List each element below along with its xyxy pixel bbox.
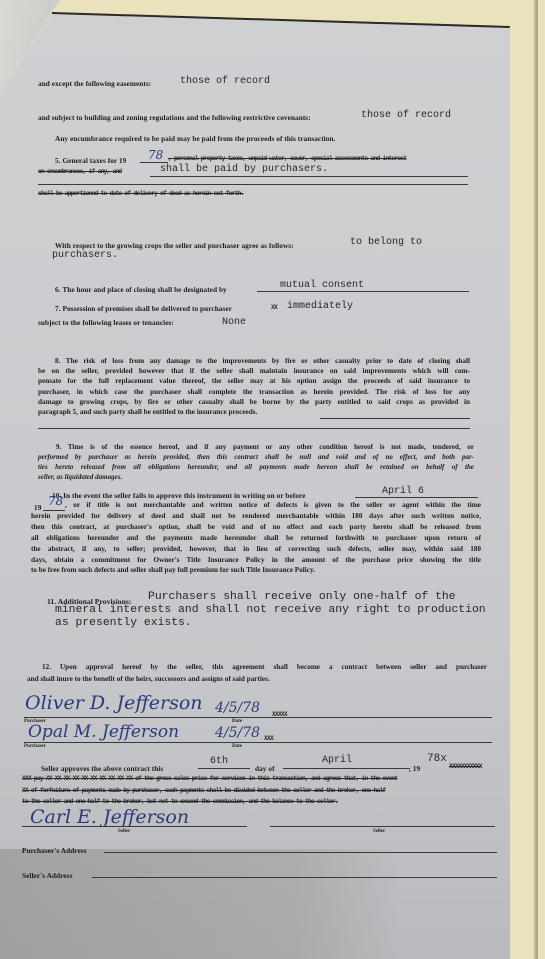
purchaser-2-role: Purchaser — [24, 744, 46, 749]
seller-1-signature: Carl E. Jefferson — [30, 806, 189, 828]
approval-deadline-label: 10. In the event the seller fails to app… — [52, 491, 305, 500]
purchaser-address-label: Purchaser's Address — [22, 846, 87, 855]
approval-deadline-date: April 6 — [382, 486, 424, 497]
taxes-struck-line1: , personal property taxes, unpaid water,… — [168, 155, 406, 162]
taxes-struck-line3: shall be apportioned to date of delivery… — [38, 190, 244, 197]
covenants-label: and subject to building and zoning regul… — [38, 113, 311, 122]
possession-label: 7. Possession of premises shall be deliv… — [55, 304, 232, 313]
time-essence-paragraph: 9. Time is of the essence hereof, and if… — [38, 442, 474, 482]
taxes-value: shall be paid by purchasers. — [160, 164, 328, 175]
seller-approval-year-prefix: , 19 — [409, 764, 420, 773]
seller-1-rule — [22, 826, 247, 827]
crops-value-line2: purchasers. — [52, 250, 118, 261]
taxes-rule-1 — [150, 176, 468, 177]
purchaser-1-date-label: Date — [232, 719, 242, 724]
purchaser-address-field — [104, 852, 497, 853]
seller-2-rule — [270, 826, 495, 827]
seller-approval-month: April — [322, 755, 352, 766]
additional-provisions-line3: as presently exists. — [55, 617, 192, 629]
purchaser-2-date: 4/5/78 — [215, 725, 260, 741]
purchaser-2-struck: XXX — [264, 735, 273, 742]
risk-of-loss-paragraph: 8. The risk of loss from any damage to t… — [38, 356, 470, 417]
approval-deadline-paragraph: , or if title is not merchantable and wr… — [31, 500, 481, 576]
desk-edge — [534, 0, 538, 959]
taxes-rule-2 — [38, 184, 468, 185]
binding-paragraph: 12. Upon approval hereof by the seller, … — [27, 662, 487, 685]
risk-rule-1 — [320, 418, 470, 419]
seller-approval-day-of: day of — [255, 764, 275, 773]
seller-1-label: Seller — [118, 829, 130, 834]
seller-approval-month-rule — [283, 768, 410, 769]
leases-label: subject to the following leases or tenan… — [38, 318, 174, 327]
purchaser-1-rule — [24, 717, 492, 718]
seller-approval-day: 6th — [210, 756, 228, 767]
purchaser-1-signature: Oliver D. Jefferson — [25, 692, 203, 714]
easements-label: and except the following easements: — [38, 79, 151, 88]
seller-struck-line1: XXX pay XX XX XX XX XX XX XX XX XX XX of… — [22, 775, 397, 782]
contract-page: and except the following easements: thos… — [0, 0, 535, 959]
taxes-year: 78 — [148, 148, 163, 162]
closing-rule — [257, 291, 469, 292]
taxes-year-rule — [140, 162, 168, 163]
possession-struck: XX — [271, 304, 277, 311]
purchaser-2-signature: Opal M. Jefferson — [28, 722, 179, 742]
additional-provisions-line2: mineral interests and shall not receive … — [55, 604, 486, 616]
leases-value: None — [222, 317, 246, 328]
risk-rule-2 — [38, 428, 470, 429]
seller-approval-label: Seller approves the above contract this — [41, 764, 163, 773]
crops-value-line1: to belong to — [350, 237, 422, 248]
possession-value: immediately — [287, 301, 353, 312]
taxes-label: 5. General taxes for 19 — [55, 156, 126, 165]
easements-value: those of record — [180, 76, 270, 87]
purchaser-2-date-label: Date — [232, 744, 242, 749]
seller-address-label: Seller's Address — [22, 871, 72, 880]
seller-approval-year: 78x — [427, 753, 447, 765]
crops-label: With respect to the growing crops the se… — [55, 241, 294, 250]
closing-value: mutual consent — [280, 280, 364, 291]
closing-label: 6. The hour and place of closing shall b… — [55, 285, 227, 294]
approval-date-rule — [355, 497, 478, 498]
additional-provisions-line1: Purchasers shall receive only one-half o… — [148, 591, 456, 603]
seller-struck-line0: XXXXXXXXXXX — [449, 763, 482, 770]
purchaser-1-date: 4/5/78 — [215, 700, 260, 716]
purchaser-2-rule — [24, 742, 492, 743]
encumbrance-text: Any encumbrance required to be paid may … — [55, 134, 335, 143]
seller-struck-line3: to the seller and one-half to the broker… — [22, 798, 338, 805]
seller-approval-day-rule — [198, 768, 250, 769]
covenants-value: those of record — [361, 110, 451, 121]
seller-2-label: Seller — [373, 829, 385, 834]
seller-address-field — [92, 877, 497, 878]
taxes-struck-line2: on encumbrances, if any, and — [38, 168, 121, 175]
seller-struck-line2: XX of forfeiture of payments made by pur… — [22, 787, 385, 794]
